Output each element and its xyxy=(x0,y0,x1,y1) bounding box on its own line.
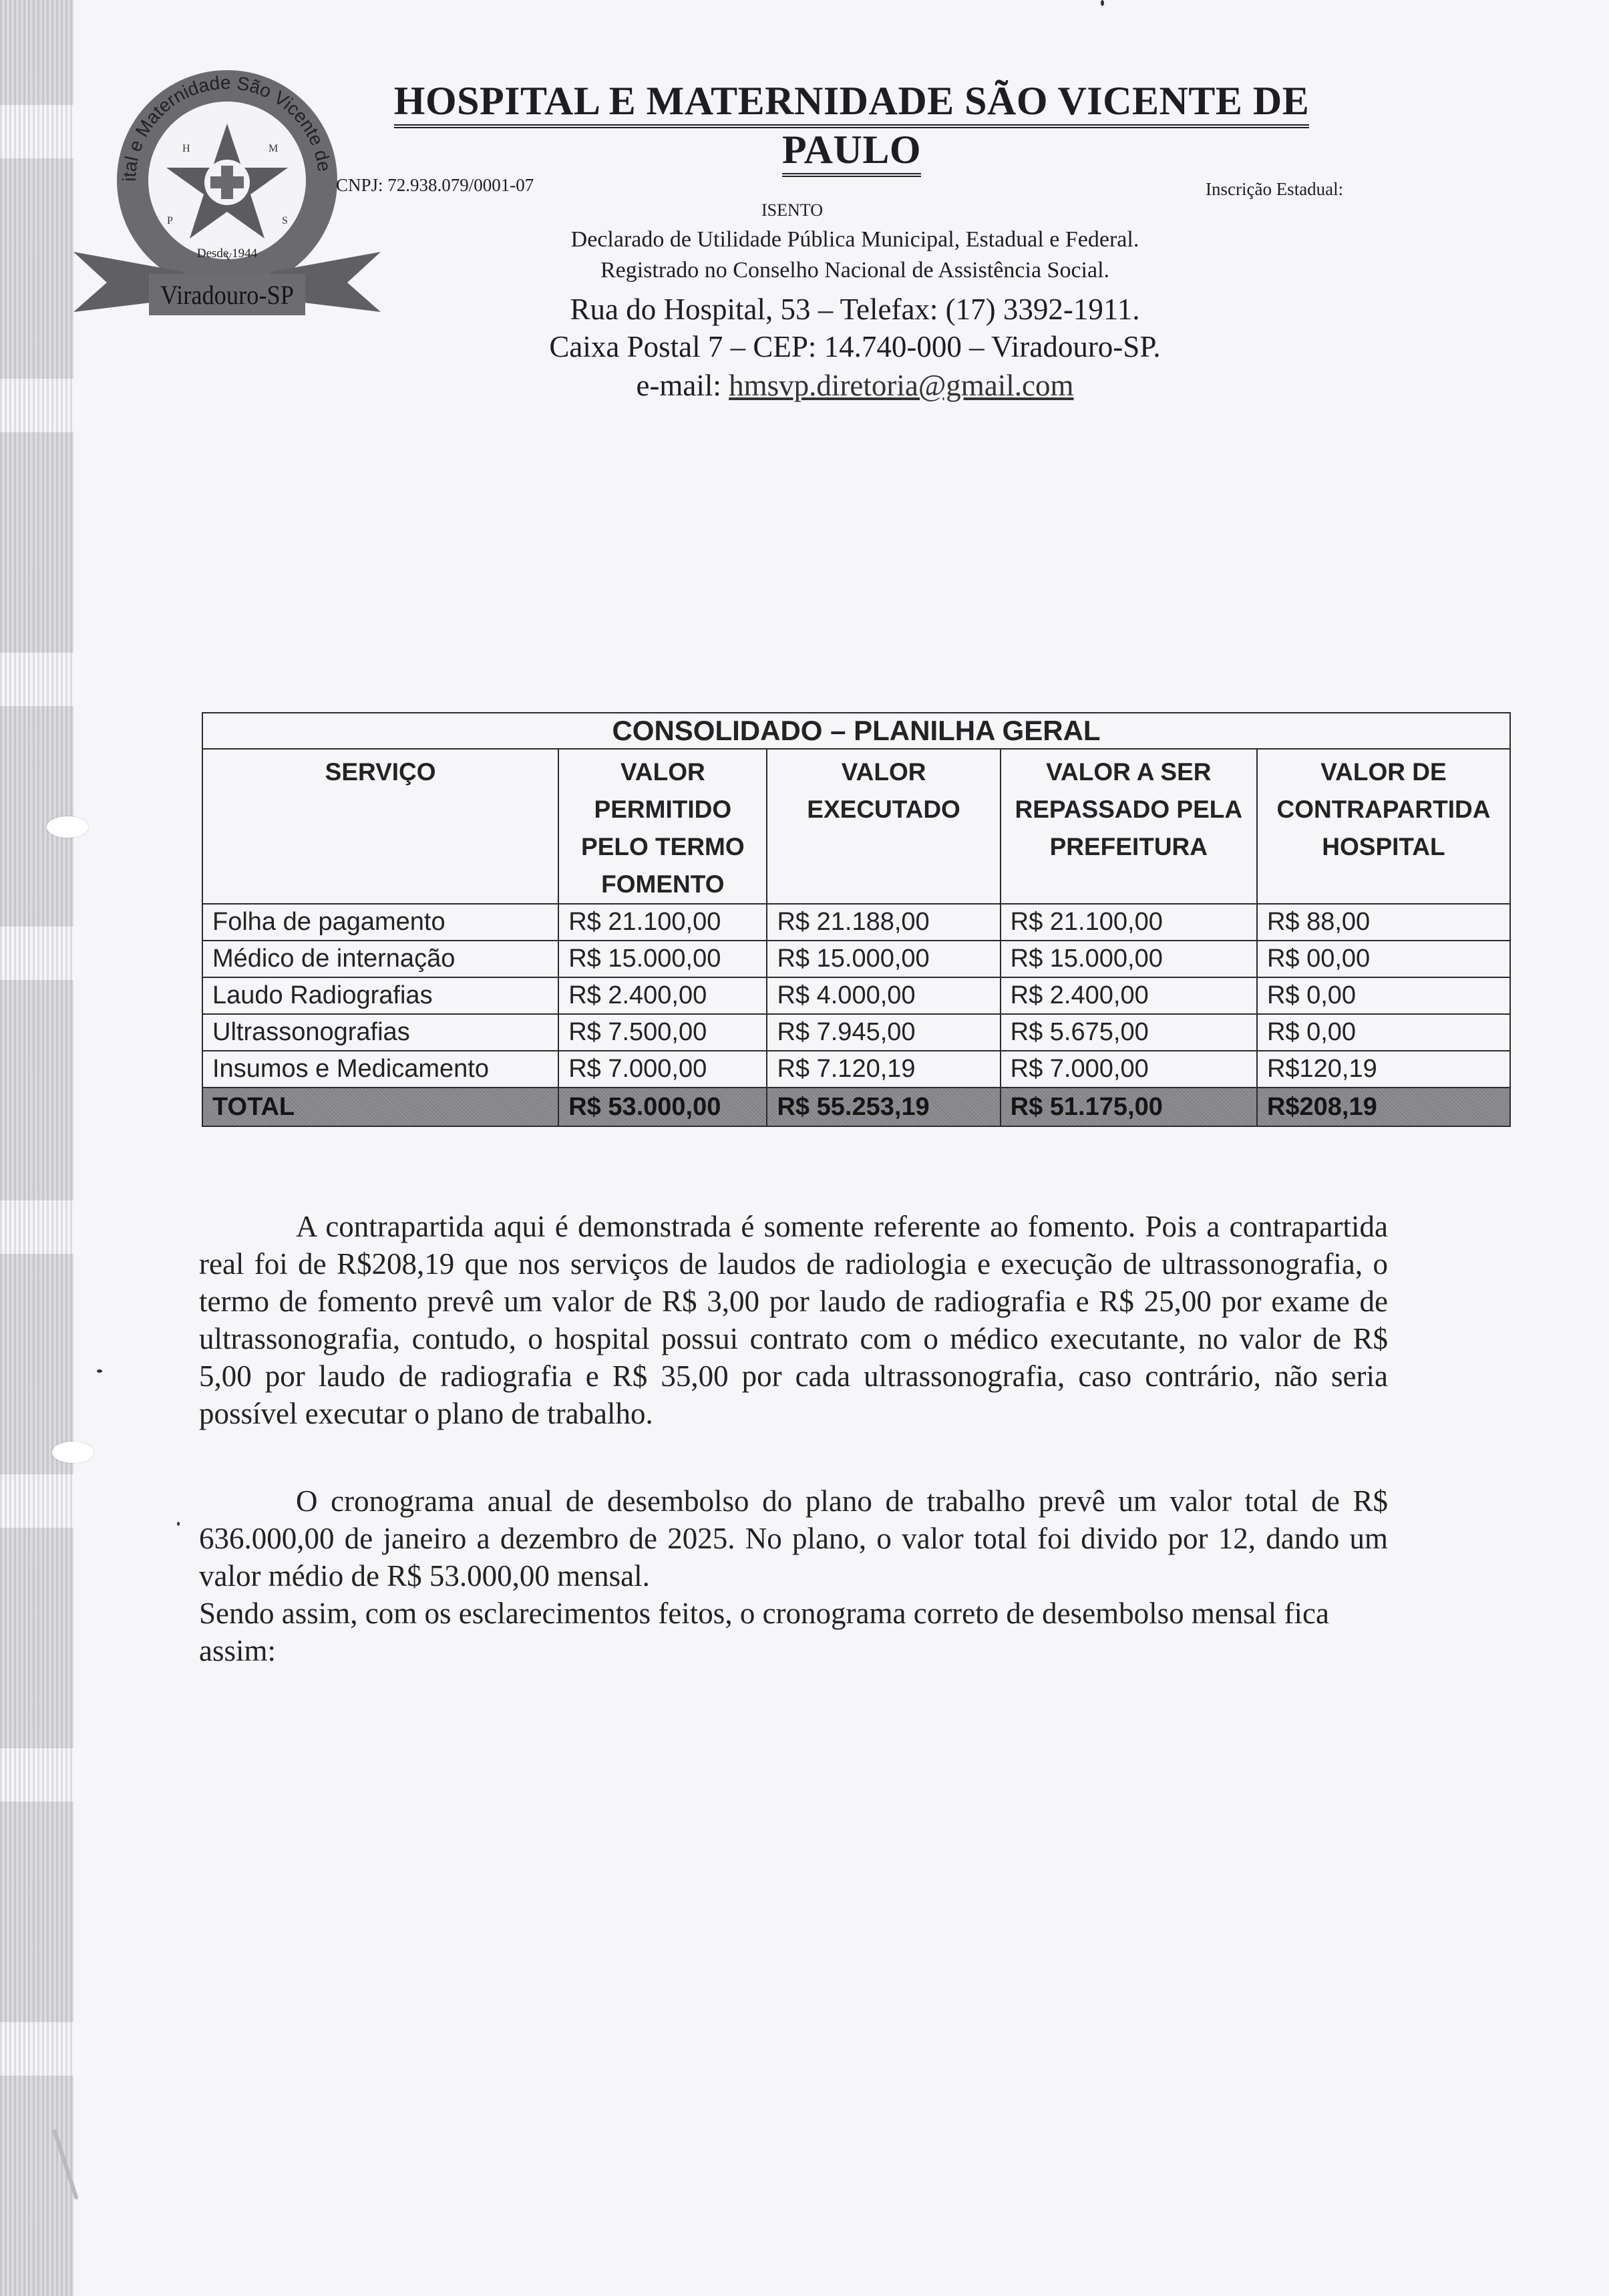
cell-transfer-value: R$ 7.000,00 xyxy=(1001,1051,1257,1088)
cell-service: Insumos e Medicamento xyxy=(202,1051,558,1088)
consolidated-spreadsheet-table: CONSOLIDADO – PLANILHA GERAL SERVIÇO VAL… xyxy=(202,712,1511,1127)
total-counterpart-value: R$208,19 xyxy=(1257,1088,1510,1126)
hospital-name-line2-text: PAULO xyxy=(782,128,921,177)
cell-executed-value: R$ 15.000,00 xyxy=(767,941,1000,977)
total-service: TOTAL xyxy=(202,1088,558,1126)
table-row: Insumos e MedicamentoR$ 7.000,00R$ 7.120… xyxy=(202,1051,1510,1088)
cell-counterpart-value: R$ 0,00 xyxy=(1257,977,1510,1014)
column-header-counterpart-value: VALOR DE CONTRAPARTIDA HOSPITAL xyxy=(1257,749,1510,904)
hospital-name-line2: PAULO xyxy=(331,127,1373,172)
cell-counterpart-value: R$120,19 xyxy=(1257,1051,1510,1088)
social-assistance-registration: Registrado no Conselho Nacional de Assis… xyxy=(334,258,1376,283)
state-registration-value: ISENTO xyxy=(761,200,823,220)
postal-address: Caixa Postal 7 – CEP: 14.740-000 – Virad… xyxy=(334,329,1376,364)
scan-edge-shadow xyxy=(0,0,73,2296)
paragraph-counterpart-explanation: A contrapartida aqui é demonstrada é som… xyxy=(199,1208,1388,1432)
cell-executed-value: R$ 7.945,00 xyxy=(767,1014,1000,1051)
logo-letter: P xyxy=(167,215,173,226)
logo-since: Desde 1944 xyxy=(197,247,258,261)
email-line: e-mail: hmsvp.diretoria@gmail.com xyxy=(334,368,1376,403)
cell-executed-value: R$ 21.188,00 xyxy=(767,904,1000,941)
scan-speck xyxy=(97,1369,102,1373)
paragraph-conclusion: Sendo assim, com os esclarecimentos feit… xyxy=(199,1595,1388,1669)
cell-transfer-value: R$ 21.100,00 xyxy=(1001,904,1257,941)
punch-hole xyxy=(52,1442,94,1463)
column-header-executed-value: VALOR EXECUTADO xyxy=(767,749,1000,904)
cell-counterpart-value: R$ 0,00 xyxy=(1257,1014,1510,1051)
table-row: Laudo RadiografiasR$ 2.400,00R$ 4.000,00… xyxy=(202,977,1510,1014)
paragraph-annual-schedule: O cronograma anual de desembolso do plan… xyxy=(199,1482,1388,1595)
table-header-row: SERVIÇO VALOR PERMITIDO PELO TERMO FOMEN… xyxy=(202,749,1510,904)
paragraph-1-text: A contrapartida aqui é demonstrada é som… xyxy=(199,1210,1388,1430)
column-header-allowed-value: VALOR PERMITIDO PELO TERMO FOMENTO xyxy=(558,749,767,904)
email-link[interactable]: hmsvp.diretoria@gmail.com xyxy=(729,369,1073,402)
cnpj: CNPJ: 72.938.079/0001-07 xyxy=(336,175,534,196)
cell-transfer-value: R$ 15.000,00 xyxy=(1001,941,1257,977)
cell-counterpart-value: R$ 88,00 xyxy=(1257,904,1510,941)
cell-allowed-value: R$ 2.400,00 xyxy=(558,977,767,1014)
email-label: e-mail: xyxy=(636,369,729,402)
logo-letter: S xyxy=(282,215,288,226)
column-header-transfer-value: VALOR A SER REPASSADO PELA PREFEITURA xyxy=(1001,749,1257,904)
cell-executed-value: R$ 4.000,00 xyxy=(767,977,1000,1014)
table-row: Folha de pagamentoR$ 21.100,00R$ 21.188,… xyxy=(202,904,1510,941)
table-title: CONSOLIDADO – PLANILHA GERAL xyxy=(202,713,1510,749)
logo-banner-text: Viradouro-SP xyxy=(160,280,294,310)
column-header-service: SERVIÇO xyxy=(202,749,558,904)
hospital-name-line1-text: HOSPITAL E MATERNIDADE SÃO VICENTE DE xyxy=(394,79,1309,128)
hospital-name-line1: HOSPITAL E MATERNIDADE SÃO VICENTE DE xyxy=(331,78,1373,124)
cell-service: Laudo Radiografias xyxy=(202,977,558,1014)
punch-hole xyxy=(47,816,88,838)
scan-speck xyxy=(1101,0,1104,6)
cell-counterpart-value: R$ 00,00 xyxy=(1257,941,1510,977)
total-executed-value: R$ 55.253,19 xyxy=(767,1088,1000,1126)
logo-letter: H xyxy=(182,143,190,154)
cell-executed-value: R$ 7.120,19 xyxy=(767,1051,1000,1088)
logo-letter: M xyxy=(269,143,278,154)
paragraph-2-text: O cronograma anual de desembolso do plan… xyxy=(199,1484,1388,1593)
table-row: UltrassonografiasR$ 7.500,00R$ 7.945,00R… xyxy=(202,1014,1510,1051)
cell-transfer-value: R$ 5.675,00 xyxy=(1001,1014,1257,1051)
cell-allowed-value: R$ 7.000,00 xyxy=(558,1051,767,1088)
cell-service: Ultrassonografias xyxy=(202,1014,558,1051)
cell-service: Folha de pagamento xyxy=(202,904,558,941)
cell-allowed-value: R$ 7.500,00 xyxy=(558,1014,767,1051)
cell-transfer-value: R$ 2.400,00 xyxy=(1001,977,1257,1014)
public-utility-declaration: Declarado de Utilidade Pública Municipal… xyxy=(334,227,1376,253)
total-allowed-value: R$ 53.000,00 xyxy=(558,1088,767,1126)
scan-speck xyxy=(177,1522,180,1526)
table-row: Médico de internaçãoR$ 15.000,00R$ 15.00… xyxy=(202,941,1510,977)
cell-allowed-value: R$ 15.000,00 xyxy=(558,941,767,977)
address-phone: Rua do Hospital, 53 – Telefax: (17) 3392… xyxy=(334,292,1376,327)
cell-service: Médico de internação xyxy=(202,941,558,977)
table-total-row: TOTALR$ 53.000,00R$ 55.253,19R$ 51.175,0… xyxy=(202,1088,1510,1126)
cell-allowed-value: R$ 21.100,00 xyxy=(558,904,767,941)
state-registration-label: Inscrição Estadual: xyxy=(1206,179,1343,200)
total-transfer-value: R$ 51.175,00 xyxy=(1001,1088,1257,1126)
